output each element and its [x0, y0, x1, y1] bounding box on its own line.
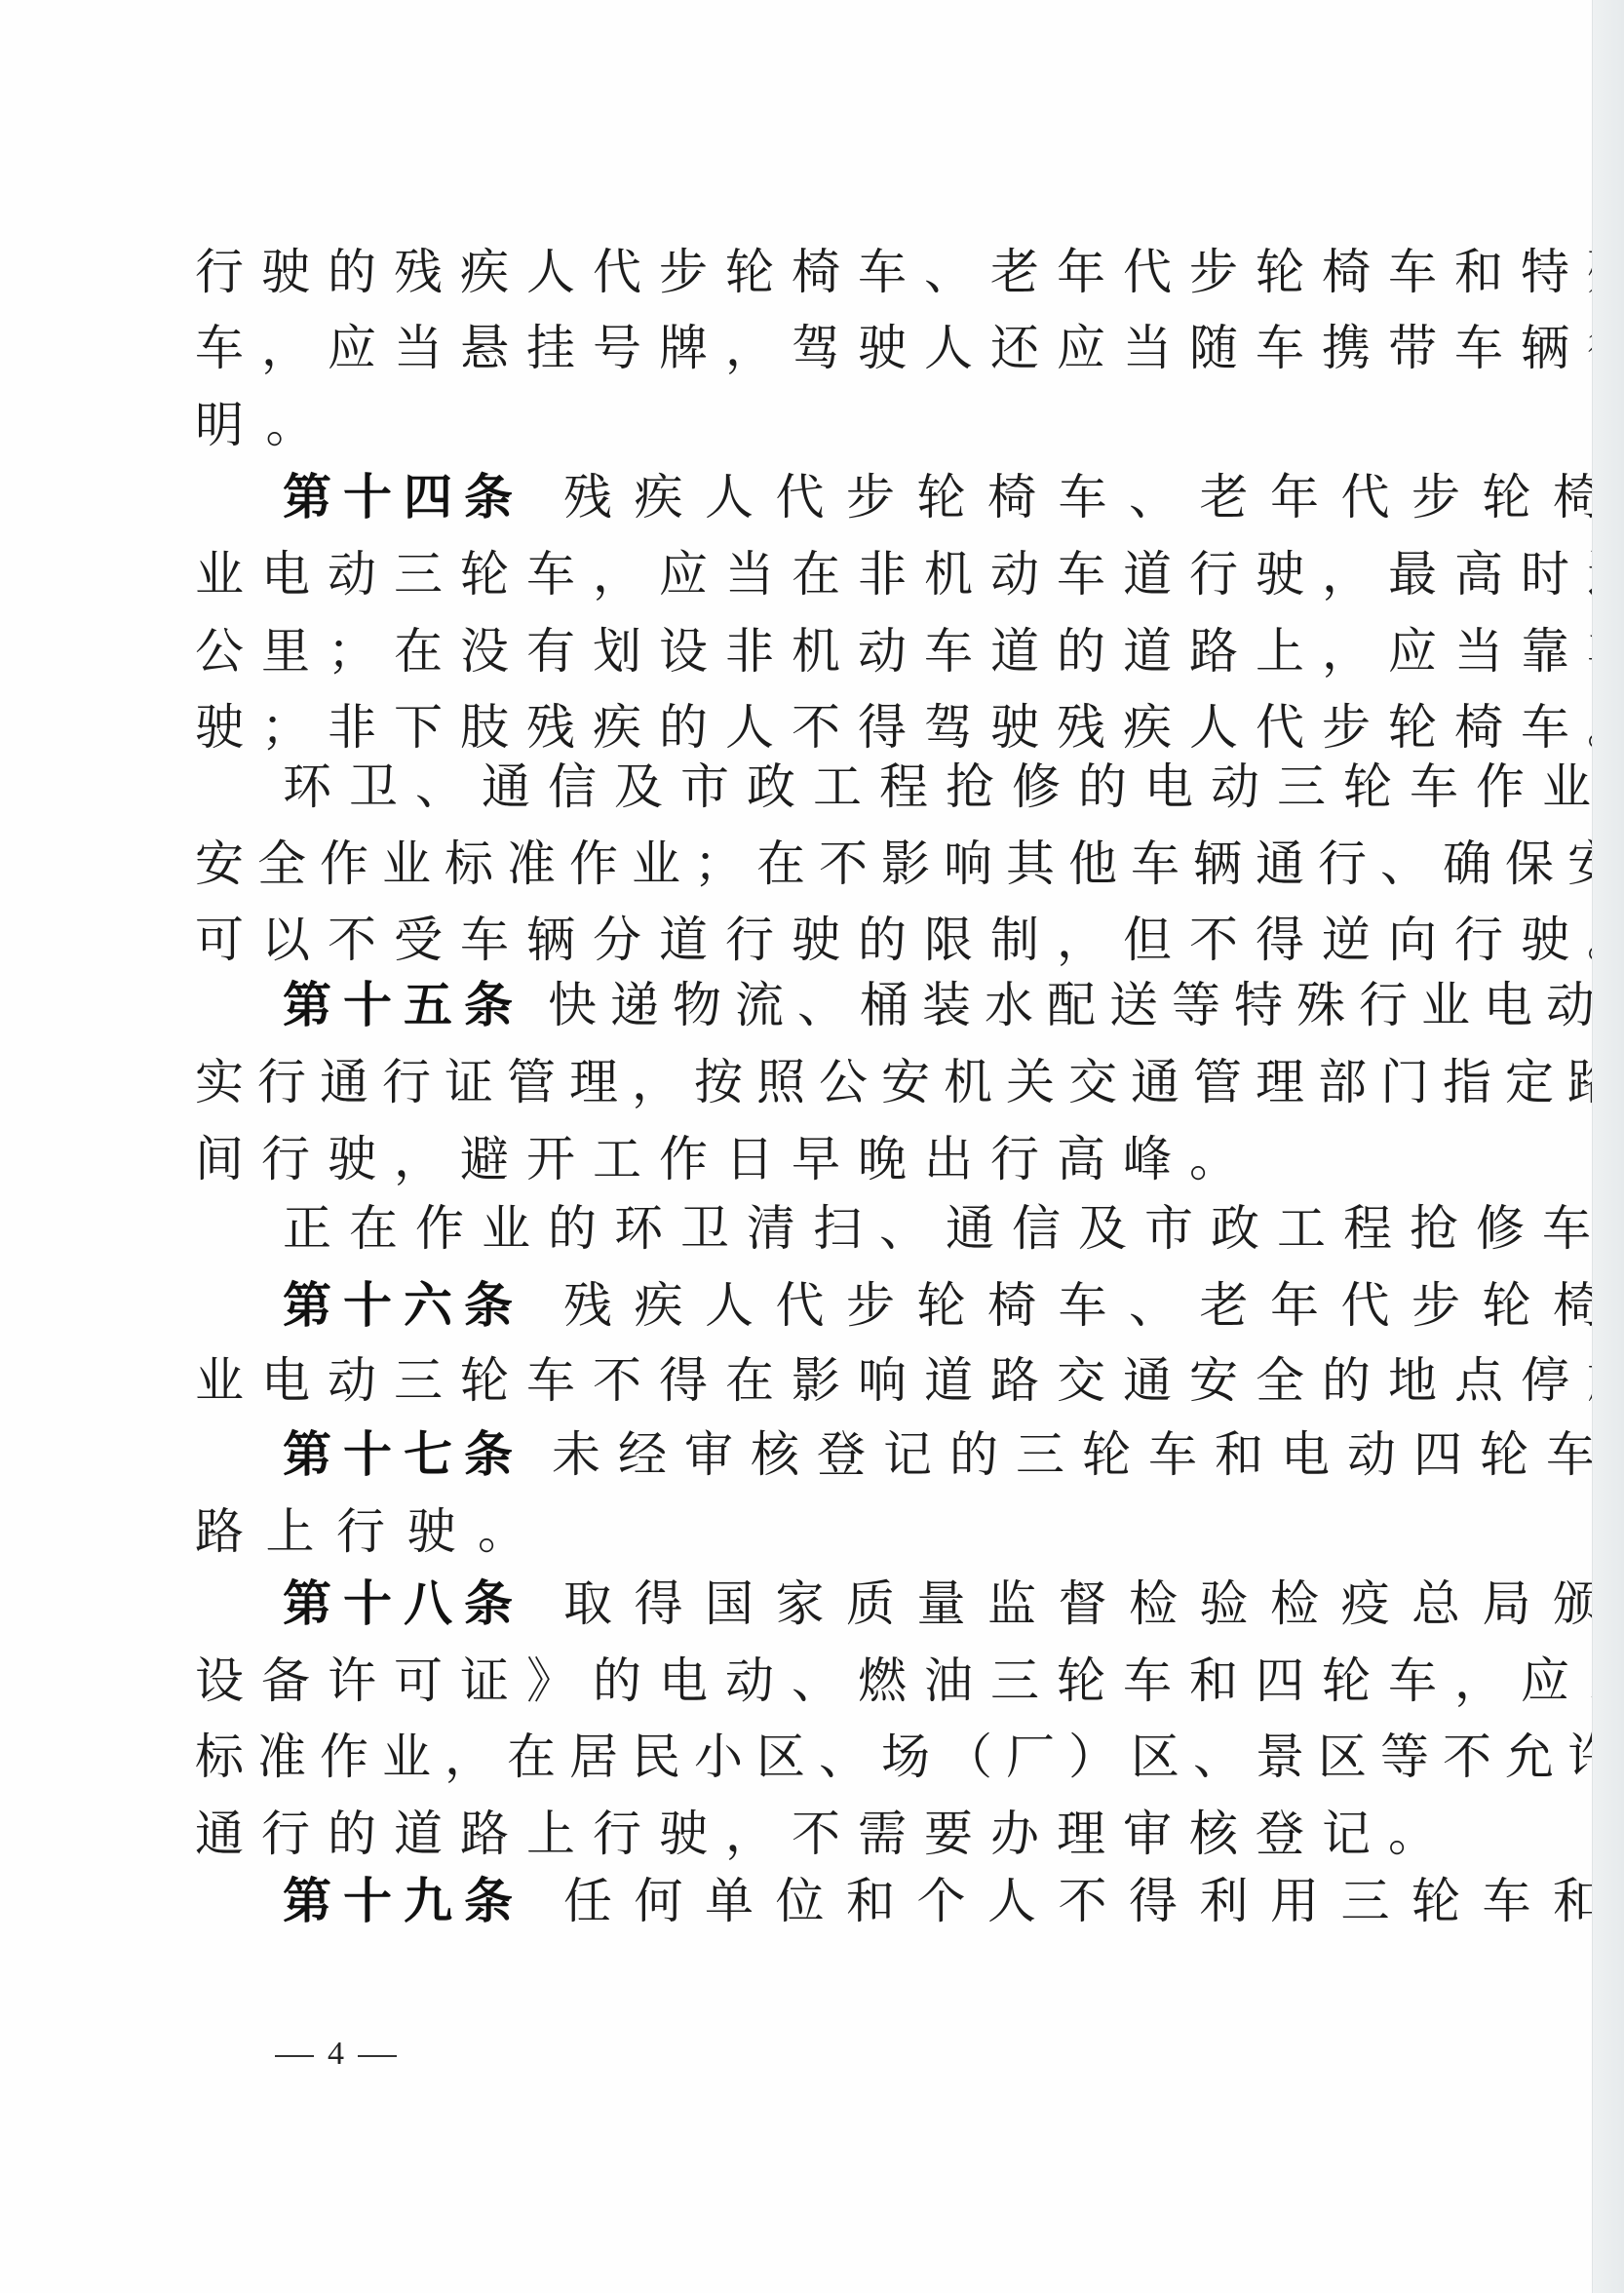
article-text: 任何单位和个人不得利用三轮车和电动四轮车: [563, 1873, 1624, 1929]
text-line: 设备许可证》的电动、燃油三轮车和四轮车，应当按照安全作业: [195, 1652, 1413, 1710]
text-line: 驶；非下肢残疾的人不得驾驶残疾人代步轮椅车。: [195, 698, 1413, 757]
text-line: 公里；在没有划设非机动车道的道路上，应当靠车行道的右侧行: [195, 622, 1413, 680]
article-heading: 第十九条: [283, 1873, 524, 1929]
article-text: 残疾人代步轮椅车、老年代步轮椅车、特殊行: [563, 469, 1624, 525]
dash-decoration-right: [358, 2055, 397, 2057]
text-line: 车，应当悬挂号牌，驾驶人还应当随车携带车辆行驶证及有关证: [195, 319, 1413, 377]
text-line: 行驶的残疾人代步轮椅车、老年代步轮椅车和特殊行业电动三轮: [195, 243, 1413, 301]
article-15-first-line: 第十五条快递物流、桶装水配送等特殊行业电动三轮车，: [283, 976, 1501, 1034]
article-19-first-line: 第十九条任何单位和个人不得利用三轮车和电动四轮车: [283, 1872, 1501, 1930]
text-line: 实行通行证管理，按照公安机关交通管理部门指定路线和规定时: [195, 1053, 1413, 1111]
article-text: 残疾人代步轮椅车、老年代步轮椅车、特殊行: [563, 1277, 1624, 1334]
article-17-first-line: 第十七条未经审核登记的三轮车和电动四轮车禁止在道: [283, 1425, 1501, 1484]
dash-decoration-left: [275, 2055, 314, 2057]
article-heading: 第十五条: [283, 977, 524, 1033]
page-number-value: 4: [328, 2036, 344, 2072]
scan-edge: [1592, 0, 1624, 2293]
article-16-first-line: 第十六条残疾人代步轮椅车、老年代步轮椅车、特殊行: [283, 1276, 1501, 1335]
text-line: 路上行驶。: [195, 1502, 1413, 1561]
text-line: 安全作业标准作业；在不影响其他车辆通行、确保安全的情况下，: [195, 835, 1413, 893]
article-18-first-line: 第十八条取得国家质量监督检验检疫总局颁发的《特种: [283, 1574, 1501, 1633]
text-line: 业电动三轮车，应当在非机动车道行驶，最高时速不得超过 15: [195, 545, 1413, 603]
page-number: 4: [261, 2030, 410, 2079]
text-line: 间行驶，避开工作日早晚出行高峰。: [195, 1130, 1413, 1188]
article-text: 未经审核登记的三轮车和电动四轮车禁止在道: [552, 1426, 1624, 1483]
document-page: 行驶的残疾人代步轮椅车、老年代步轮椅车和特殊行业电动三轮 车，应当悬挂号牌，驾驶…: [0, 0, 1593, 2293]
paragraph-first-line: 环卫、通信及市政工程抢修的电动三轮车作业时，应当按照: [283, 758, 1501, 816]
text-line: 业电动三轮车不得在影响道路交通安全的地点停放。: [195, 1351, 1413, 1410]
article-text: 快递物流、桶装水配送等特殊行业电动三轮车，: [548, 977, 1624, 1033]
text-line: 标准作业，在居民小区、场（厂）区、景区等不允许社会机动车: [195, 1728, 1413, 1786]
text-line: 通行的道路上行驶，不需要办理审核登记。: [195, 1805, 1413, 1863]
article-text: 取得国家质量监督检验检疫总局颁发的《特种: [563, 1575, 1624, 1632]
text-line: 可以不受车辆分道行驶的限制，但不得逆向行驶。: [195, 911, 1413, 969]
text-line: 明。: [195, 396, 1413, 454]
article-heading: 第十四条: [283, 469, 524, 525]
article-heading: 第十八条: [283, 1575, 524, 1632]
paragraph-first-line: 正在作业的环卫清扫、通信及市政工程抢修车辆除外。: [283, 1199, 1501, 1258]
article-14-first-line: 第十四条残疾人代步轮椅车、老年代步轮椅车、特殊行: [283, 468, 1501, 526]
article-heading: 第十六条: [283, 1277, 524, 1334]
article-heading: 第十七条: [283, 1426, 524, 1483]
